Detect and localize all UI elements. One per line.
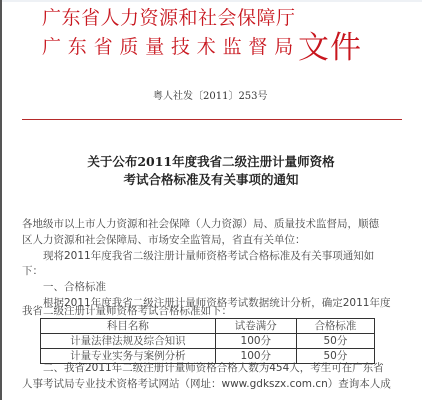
table-cell: 50分 [296, 334, 374, 349]
notice-title-line-1: 关于公布2011年度我省二级注册计量师资格 [0, 152, 422, 170]
table-header-cell: 合格标准 [296, 319, 374, 334]
table-header-row: 科目名称 试卷满分 合格标准 [41, 319, 375, 334]
table-row: 计量法律法规及综合知识 100分 50分 [41, 334, 375, 349]
section-2-line-2: 人事考试局专业技术资格考试网站（网址：www.gdkszx.com.cn）查询本… [22, 376, 391, 391]
pass-standard-table: 科目名称 试卷满分 合格标准 计量法律法规及综合知识 100分 50分 计量专业… [40, 318, 375, 364]
page-left-border [0, 0, 2, 400]
section-1-heading: 一、合格标准 [43, 279, 106, 294]
issuer-line-1: 广东省人力资源和社会保障厅 [42, 3, 296, 30]
table-header-cell: 科目名称 [41, 319, 216, 334]
section-1-line-2: 我省二级注册计量师资格考试合格标准如下： [22, 303, 232, 318]
document-number: 粤人社发〔2011〕253号 [153, 87, 268, 102]
doc-type-label: 文件 [298, 22, 362, 67]
issuer-line-2: 广东省质量技术监督局 [42, 32, 300, 59]
intro-line-1: 现将2011年度我省二级注册计量师资格考试合格标准及有关事项通知如 [43, 248, 374, 263]
addressee-line-2: 区人力资源和社会保障局、市场安全监管局，省直有关单位： [22, 232, 306, 247]
red-divider [22, 119, 402, 120]
page-top-strip [2, 0, 422, 2]
table-header-cell: 试卷满分 [215, 319, 296, 334]
table-cell: 100分 [215, 334, 296, 349]
addressee-line-1: 各地级市以上市人力资源和社会保障（人力资源）局、质量技术监督局，顺德 [22, 216, 379, 231]
table-cell: 计量法律法规及综合知识 [41, 334, 216, 349]
notice-title-line-2: 考试合格标准及有关事项的通知 [0, 170, 422, 188]
section-2-line-1: 二、我省2011年二级注册计量师资格合格人数为454人，考生可在广东省 [43, 360, 384, 375]
intro-line-2: 下： [22, 263, 43, 278]
